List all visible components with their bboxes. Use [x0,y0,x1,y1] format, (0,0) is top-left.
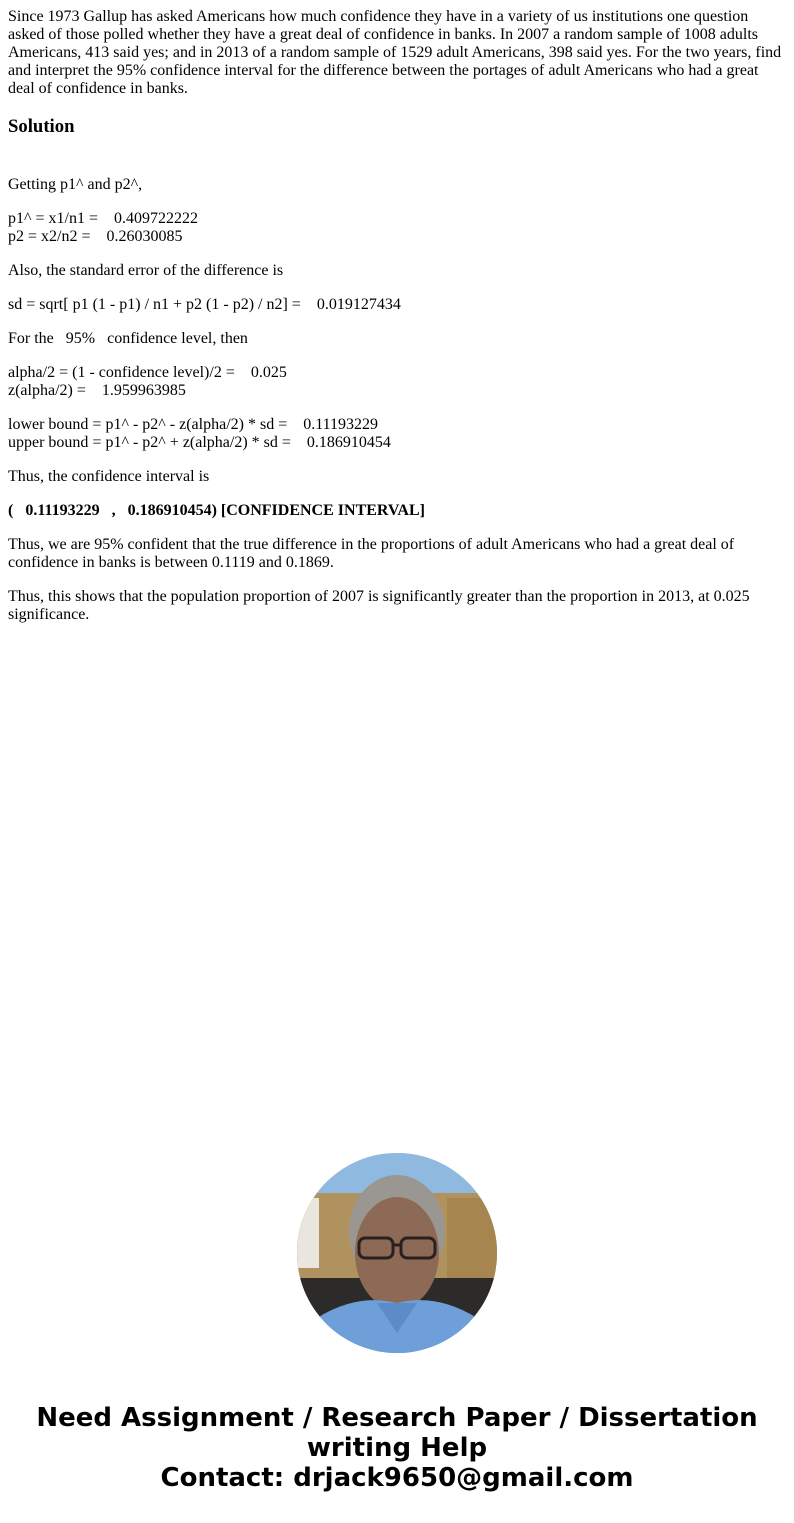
ci-intro: Thus, the confidence interval is [8,468,786,486]
se-intro: Also, the standard error of the differen… [8,262,786,280]
document-body: Since 1973 Gallup has asked Americans ho… [8,8,786,640]
promo-contact: Contact: drjack9650@gmail.com [0,1463,794,1493]
z-line: z(alpha/2) = 1.959963985 [8,382,186,399]
spacer [8,138,786,176]
solution-heading: Solution [8,116,786,138]
ci-result: ( 0.11193229 , 0.186910454) [CONFIDENCE … [8,502,786,520]
getting-line: Getting p1^ and p2^, [8,176,786,194]
proportions-block: p1^ = x1/n1 = 0.409722222 p2 = x2/n2 = 0… [8,210,786,246]
question-text: Since 1973 Gallup has asked Americans ho… [8,8,786,98]
alpha-block: alpha/2 = (1 - confidence level)/2 = 0.0… [8,364,786,400]
lower-bound-line: lower bound = p1^ - p2^ - z(alpha/2) * s… [8,416,378,433]
interpretation: Thus, we are 95% confident that the true… [8,536,786,572]
p2-line: p2 = x2/n2 = 0.26030085 [8,228,183,245]
confidence-line: For the 95% confidence level, then [8,330,786,348]
upper-bound-line: upper bound = p1^ - p2^ + z(alpha/2) * s… [8,434,391,451]
promo-banner: Need Assignment / Research Paper / Disse… [0,1403,794,1493]
promo-line-1: Need Assignment / Research Paper / Disse… [0,1403,794,1463]
bounds-block: lower bound = p1^ - p2^ - z(alpha/2) * s… [8,416,786,452]
alpha-line: alpha/2 = (1 - confidence level)/2 = 0.0… [8,364,287,381]
tutor-photo-icon [297,1153,497,1353]
conclusion: Thus, this shows that the population pro… [8,588,786,624]
tutor-photo-svg [297,1153,497,1353]
sd-line: sd = sqrt[ p1 (1 - p1) / n1 + p2 (1 - p2… [8,296,786,314]
p1-line: p1^ = x1/n1 = 0.409722222 [8,210,198,227]
